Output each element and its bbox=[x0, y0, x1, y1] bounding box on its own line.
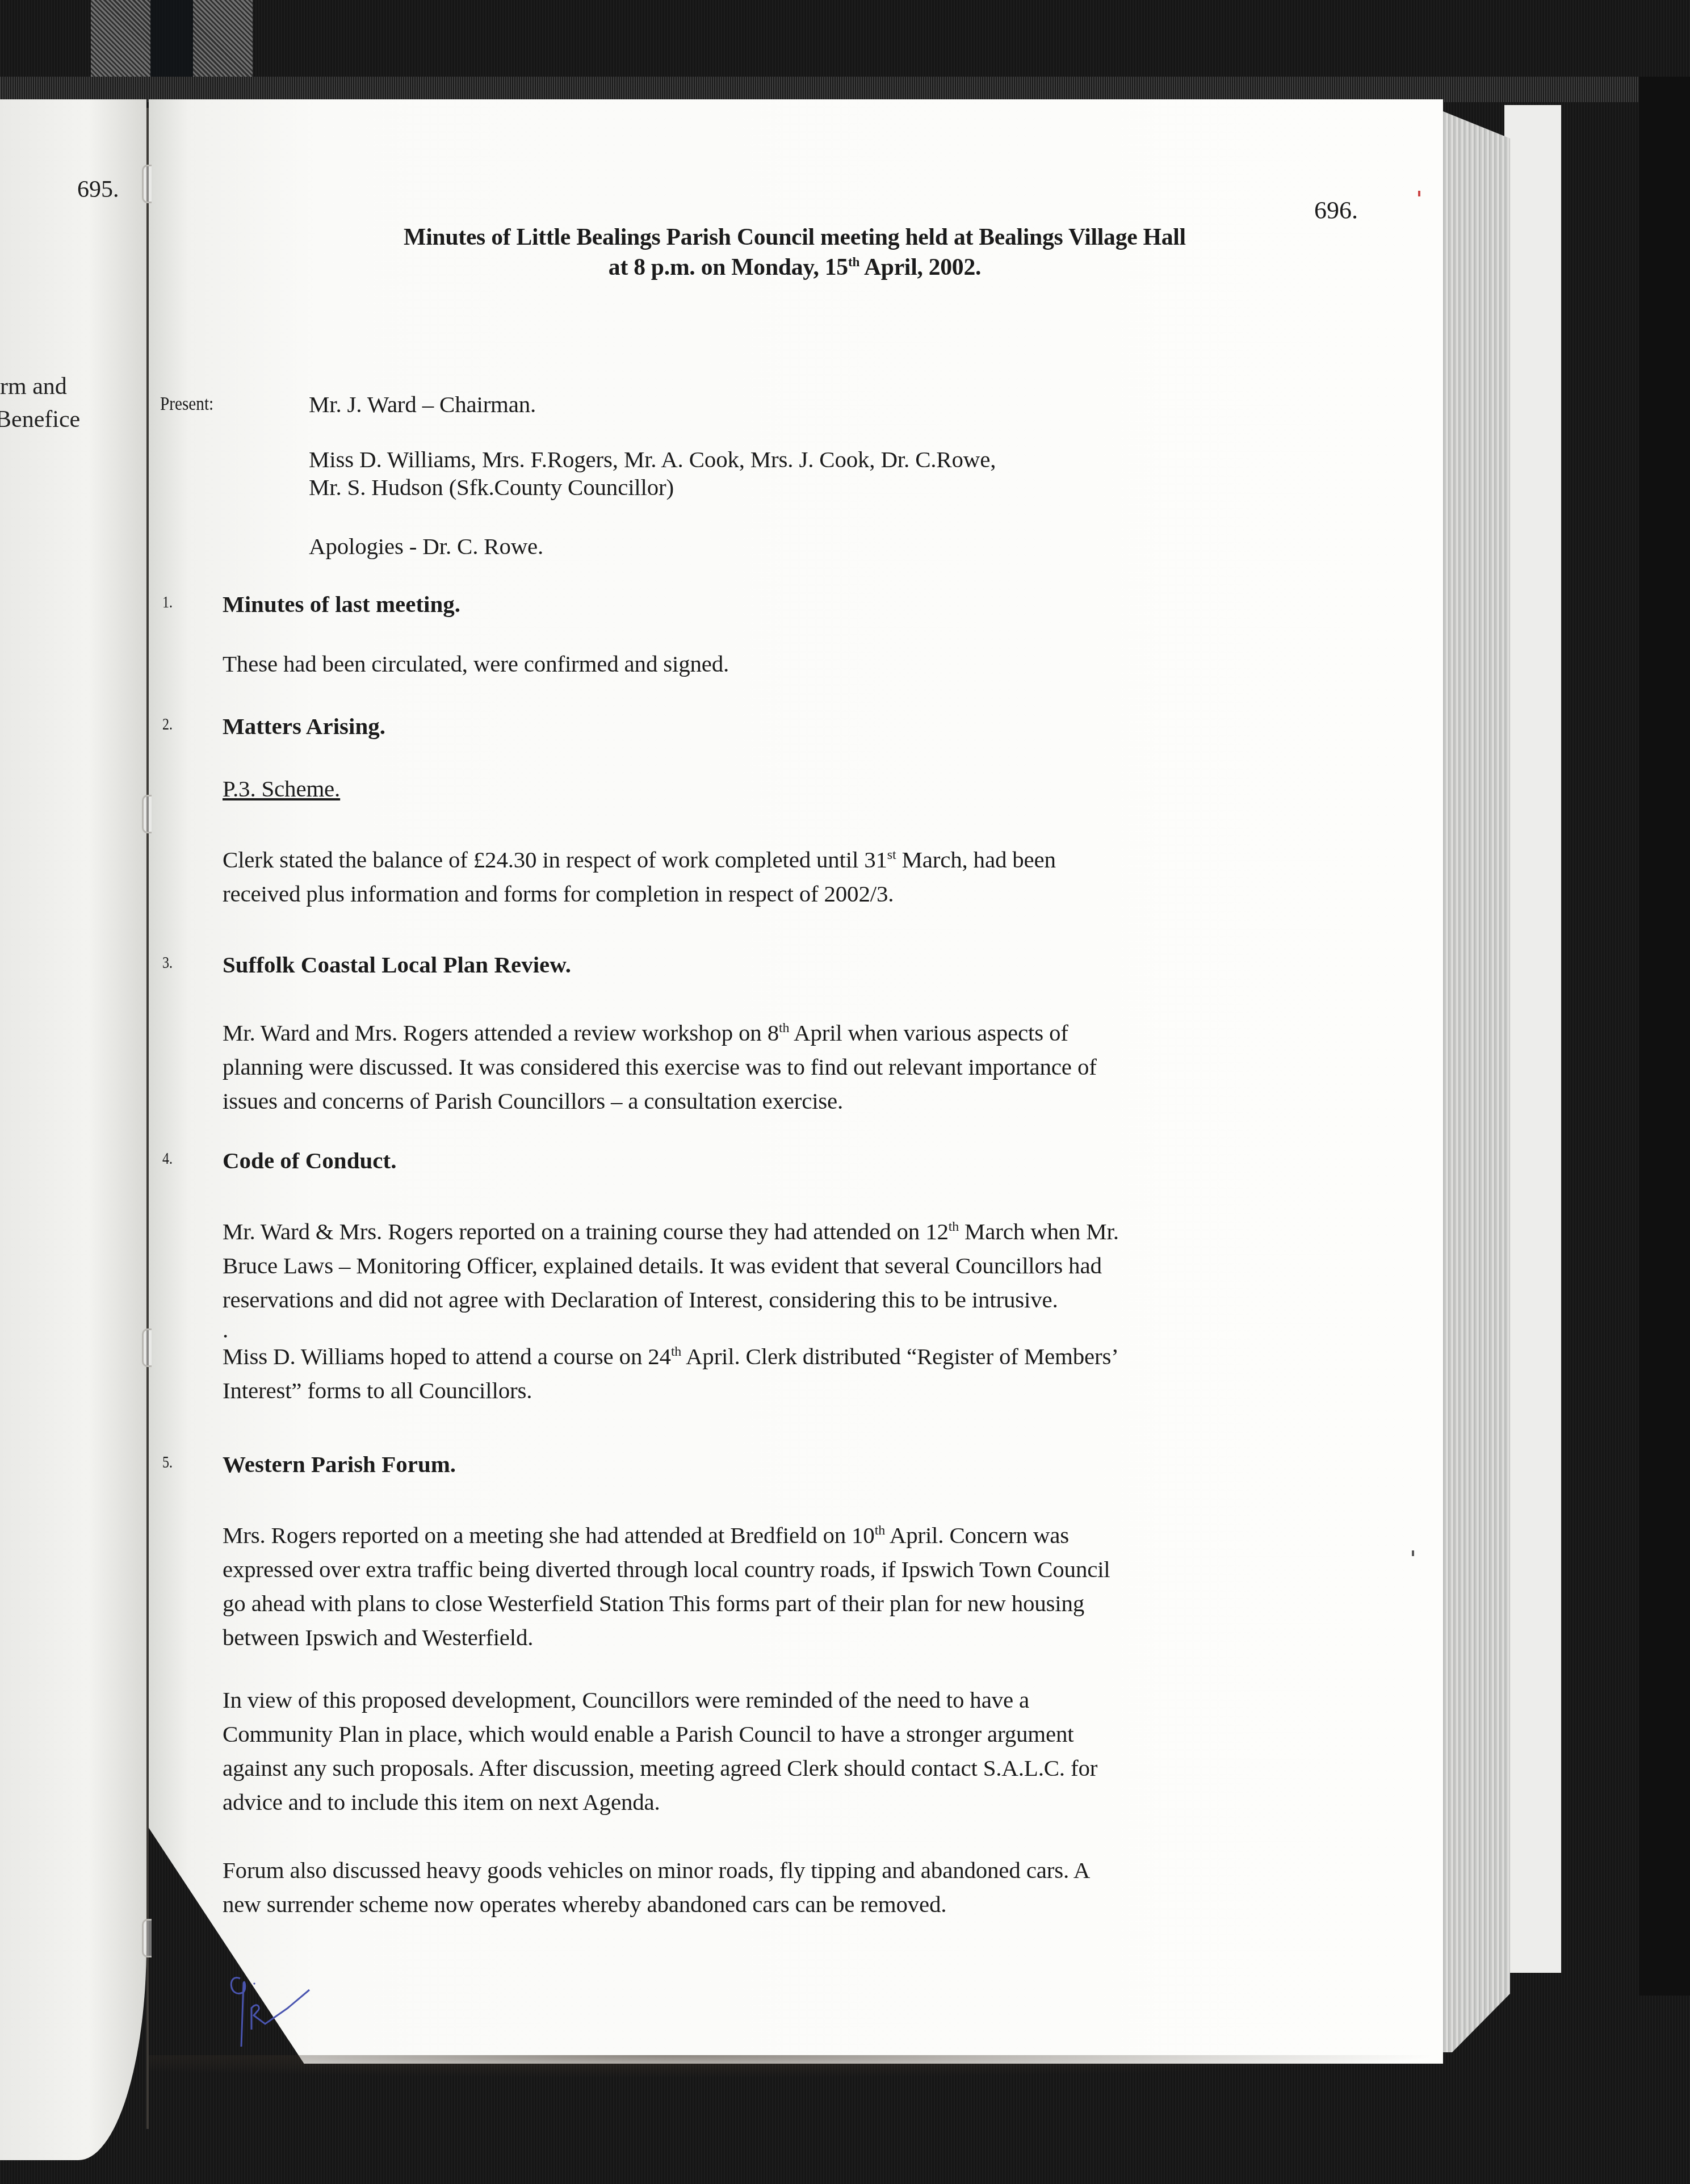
line-text: Forum also discussed heavy goods vehicle… bbox=[223, 1857, 1090, 1883]
line-text: reservations and did not agree with Decl… bbox=[223, 1286, 1058, 1313]
line-text: Matters Arising. bbox=[223, 713, 385, 739]
superscript: th bbox=[875, 1523, 885, 1538]
line-text: April when various aspects of bbox=[789, 1020, 1068, 1046]
item-number: 2. bbox=[162, 715, 173, 734]
line-text: In view of this proposed development, Co… bbox=[223, 1687, 1029, 1713]
item-subheading: P.3. Scheme. bbox=[223, 775, 340, 802]
line-text: Code of Conduct. bbox=[223, 1147, 396, 1173]
book-spine bbox=[91, 0, 253, 77]
superscript: th bbox=[779, 1021, 789, 1036]
line-text: Suffolk Coastal Local Plan Review. bbox=[223, 951, 571, 978]
left-page-fragment: Benefice bbox=[0, 406, 80, 433]
back-cover-board bbox=[1639, 77, 1690, 1996]
line-text: planning were discussed. It was consider… bbox=[223, 1054, 1097, 1080]
minutes-text-line: These had been circulated, were confirme… bbox=[223, 650, 729, 677]
line-text: Mrs. Rogers reported on a meeting she ha… bbox=[223, 1522, 875, 1548]
minutes-text-line: against any such proposals. After discus… bbox=[223, 1754, 1097, 1781]
chairman: Mr. J. Ward – Chairman. bbox=[309, 391, 536, 418]
minutes-text-line: In view of this proposed development, Co… bbox=[223, 1686, 1029, 1713]
line-text: Bruce Laws – Monitoring Officer, explain… bbox=[223, 1252, 1102, 1278]
line-text: March when Mr. bbox=[959, 1218, 1119, 1244]
right-page-number: 696. bbox=[1314, 196, 1358, 225]
line-text: go ahead with plans to close Westerfield… bbox=[223, 1590, 1084, 1616]
minutes-text-line: Clerk stated the balance of £24.30 in re… bbox=[223, 846, 1056, 873]
minutes-text-line: Bruce Laws – Monitoring Officer, explain… bbox=[223, 1252, 1102, 1279]
superscript: th bbox=[848, 255, 859, 270]
line-text: between Ipswich and Westerfield. bbox=[223, 1624, 533, 1650]
line-text: P.3. Scheme. bbox=[223, 775, 340, 802]
item-number: 3. bbox=[162, 953, 173, 972]
subtitle-text: April, 2002. bbox=[859, 254, 981, 280]
binding-edge bbox=[0, 77, 1663, 102]
line-text: Miss D. Williams hoped to attend a cours… bbox=[223, 1343, 671, 1369]
minutes-text-line: Interest” forms to all Councillors. bbox=[223, 1377, 532, 1404]
line-text: These had been circulated, were confirme… bbox=[223, 651, 729, 677]
line-text: Interest” forms to all Councillors. bbox=[223, 1377, 532, 1403]
attendees: Mr. S. Hudson (Sfk.County Councillor) bbox=[309, 473, 674, 501]
left-page-number: 695. bbox=[77, 176, 119, 203]
superscript: st bbox=[887, 848, 896, 862]
minutes-text-line: expressed over extra traffic being diver… bbox=[223, 1556, 1110, 1583]
item-heading: Code of Conduct. bbox=[223, 1147, 396, 1174]
minutes-text-line: received plus information and forms for … bbox=[223, 880, 894, 907]
line-text: Mr. Ward and Mrs. Rogers attended a revi… bbox=[223, 1020, 779, 1046]
minutes-subtitle: at 8 p.m. on Monday, 15th April, 2002. bbox=[189, 253, 1400, 281]
subtitle-text: at 8 p.m. on Monday, 15 bbox=[609, 254, 848, 280]
minutes-text-line: go ahead with plans to close Westerfield… bbox=[223, 1590, 1084, 1617]
item-number: 5. bbox=[162, 1453, 173, 1472]
ink-speck bbox=[1412, 1550, 1414, 1556]
staple bbox=[142, 1328, 152, 1367]
line-text: advice and to include this item on next … bbox=[223, 1789, 660, 1815]
line-text: March, had been bbox=[896, 846, 1055, 873]
item-number: 1. bbox=[162, 593, 173, 612]
staple bbox=[142, 165, 152, 203]
page-shadow bbox=[149, 2055, 1443, 2078]
superscript: th bbox=[949, 1219, 959, 1234]
gutter bbox=[146, 108, 149, 2129]
minutes-text-line: Community Plan in place, which would ena… bbox=[223, 1720, 1073, 1747]
staple bbox=[142, 1919, 152, 1957]
back-endpaper bbox=[1504, 105, 1561, 1973]
minutes-text-line: issues and concerns of Parish Councillor… bbox=[223, 1087, 843, 1114]
line-text: expressed over extra traffic being diver… bbox=[223, 1556, 1110, 1582]
apologies: Apologies - Dr. C. Rowe. bbox=[309, 533, 543, 560]
present-label: Present: bbox=[160, 393, 213, 415]
line-text: April. Clerk distributed “Register of Me… bbox=[681, 1343, 1119, 1369]
staple bbox=[142, 795, 152, 833]
line-text: new surrender scheme now operates whereb… bbox=[223, 1891, 946, 1917]
line-text: issues and concerns of Parish Councillor… bbox=[223, 1088, 843, 1114]
signature-initials bbox=[224, 1967, 332, 2052]
line-text: Minutes of last meeting. bbox=[223, 591, 460, 617]
minutes-text-line: new surrender scheme now operates whereb… bbox=[223, 1890, 946, 1918]
line-text: received plus information and forms for … bbox=[223, 881, 894, 907]
line-text: Community Plan in place, which would ena… bbox=[223, 1721, 1073, 1747]
line-text: April. Concern was bbox=[885, 1522, 1069, 1548]
minutes-text-line: between Ipswich and Westerfield. bbox=[223, 1624, 533, 1651]
minutes-title: Minutes of Little Bealings Parish Counci… bbox=[189, 223, 1400, 251]
left-page-fragment: rm and bbox=[0, 373, 67, 400]
line-text: Western Parish Forum. bbox=[223, 1451, 456, 1477]
attendees: Miss D. Williams, Mrs. F.Rogers, Mr. A. … bbox=[309, 446, 996, 473]
line-text: against any such proposals. After discus… bbox=[223, 1755, 1097, 1781]
item-heading: Minutes of last meeting. bbox=[223, 590, 460, 618]
minutes-text-line: Miss D. Williams hoped to attend a cours… bbox=[223, 1343, 1119, 1370]
minutes-text-line: Mr. Ward and Mrs. Rogers attended a revi… bbox=[223, 1019, 1068, 1046]
line-text: Clerk stated the balance of £24.30 in re… bbox=[223, 846, 887, 873]
item-heading: Suffolk Coastal Local Plan Review. bbox=[223, 951, 571, 978]
item-heading: Matters Arising. bbox=[223, 712, 385, 740]
ink-speck bbox=[1418, 191, 1420, 196]
minutes-text-line: . bbox=[223, 1316, 228, 1343]
minutes-text-line: planning were discussed. It was consider… bbox=[223, 1053, 1097, 1080]
minutes-text-line: reservations and did not agree with Decl… bbox=[223, 1286, 1058, 1313]
line-text: Mr. Ward & Mrs. Rogers reported on a tra… bbox=[223, 1218, 949, 1244]
superscript: th bbox=[671, 1344, 681, 1359]
line-text: . bbox=[223, 1317, 228, 1343]
item-heading: Western Parish Forum. bbox=[223, 1451, 456, 1478]
minutes-text-line: Mr. Ward & Mrs. Rogers reported on a tra… bbox=[223, 1218, 1119, 1245]
minutes-text-line: Forum also discussed heavy goods vehicle… bbox=[223, 1856, 1090, 1884]
minutes-text-line: advice and to include this item on next … bbox=[223, 1788, 660, 1816]
item-number: 4. bbox=[162, 1149, 173, 1168]
minutes-text-line: Mrs. Rogers reported on a meeting she ha… bbox=[223, 1521, 1069, 1549]
